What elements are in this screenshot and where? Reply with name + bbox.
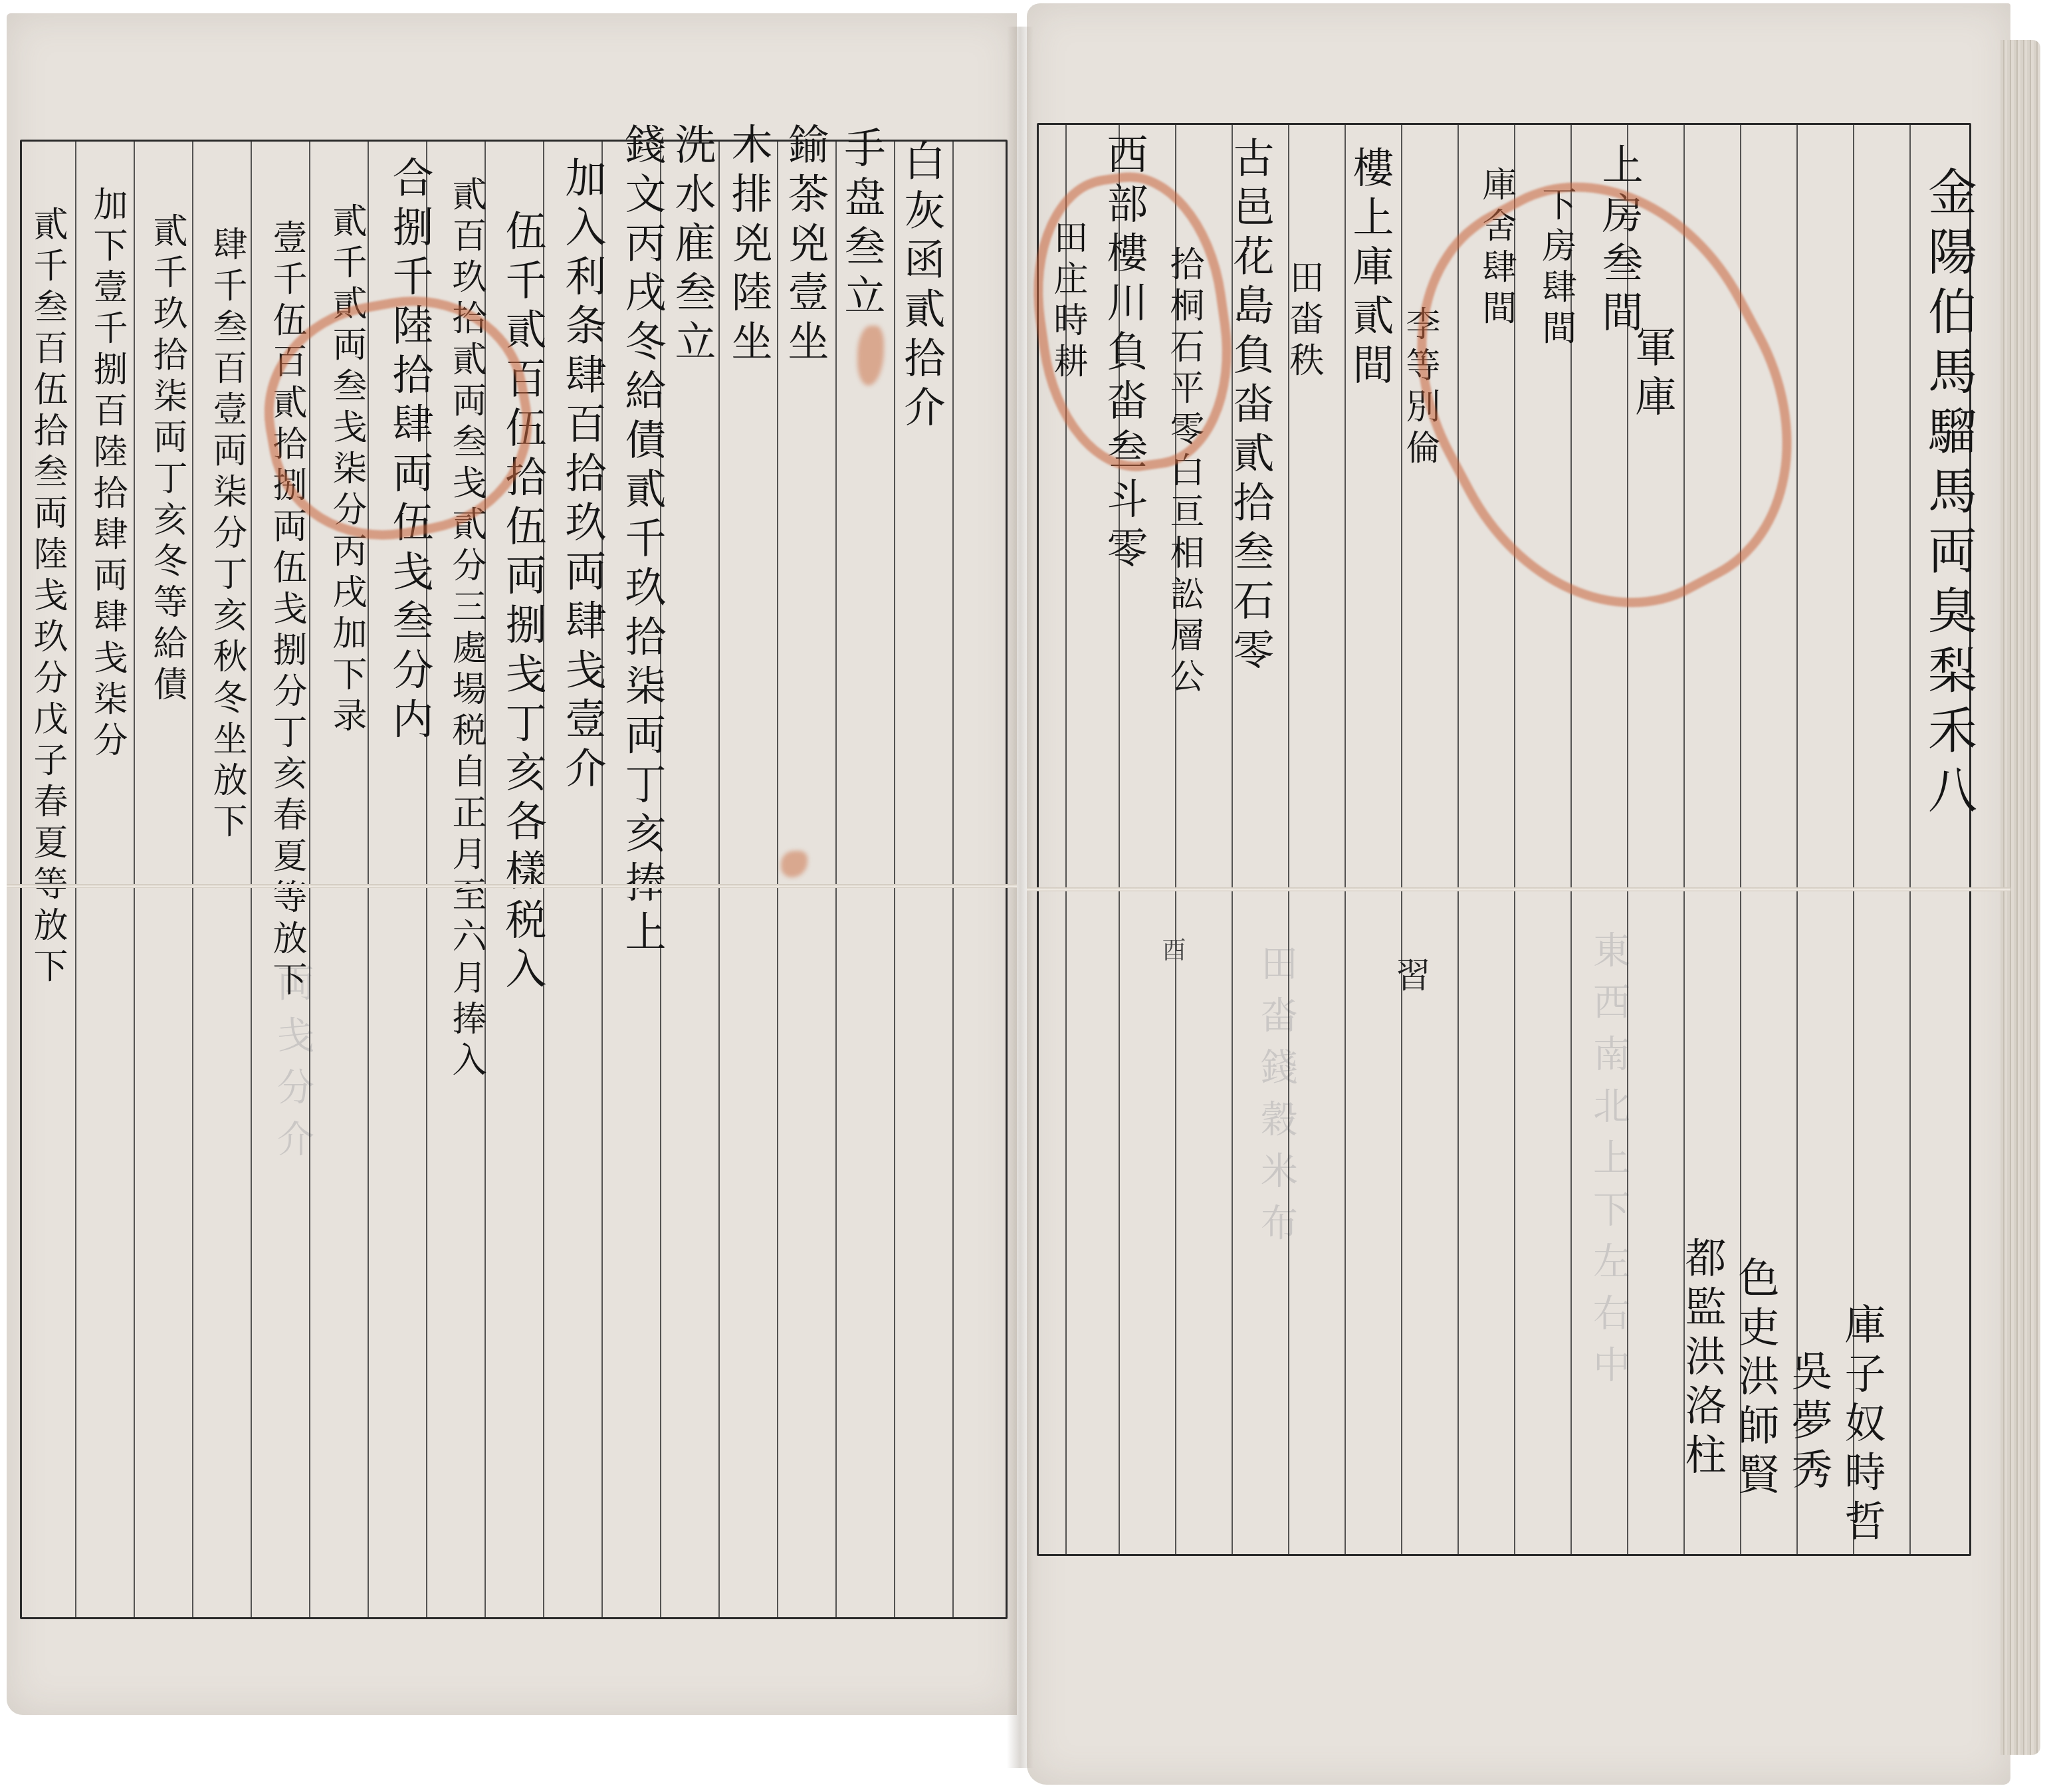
paper-fold [1027, 887, 2010, 891]
entry-washbasin: 洗水㢈叁立 [671, 123, 712, 369]
page-edges [2000, 40, 2040, 1755]
entry-wood-tray: 木排兇陸坐 [728, 123, 769, 369]
signature-storekeeper: 庫子奴時哲 [1841, 1303, 1882, 1549]
entry-interest: 加入利条肆百拾玖両肆戋壹介 [562, 156, 603, 796]
signature-supervisor: 都監洪洛柱 [1681, 1236, 1723, 1482]
entry-upstairs-store: 樓上庫貳間 [1349, 146, 1390, 392]
signature-clerk: 色吏洪師賢 [1735, 1256, 1776, 1502]
book-gutter [1007, 27, 1033, 1768]
entry-white-lime-box: 白灰函貳拾介 [901, 140, 942, 435]
entry-gueup-hwado: 古邑花島負畓貳拾叁石零 [1230, 136, 1271, 677]
entry-brass-tea: 鍮茶兇壹坐 [784, 123, 825, 369]
entry-tax-income: 伍千貳百伍拾伍両捌戋丁亥各樣税入 [502, 209, 543, 996]
entry-cash-loans: 錢文丙戌冬給債貳千玖拾柒両丁亥捧上 [621, 123, 663, 959]
paper-fold [7, 884, 1017, 888]
stray-mark: 酉 [1160, 937, 1184, 968]
stray-mark: 習 [1392, 957, 1427, 998]
signature-o-mongsu: 吳夢秀 [1788, 1349, 1829, 1497]
heading-fields: 田畓秩 [1286, 259, 1321, 383]
entry-autumn-winter-out: 肆千叁百壹両柒分丁亥秋冬坐放下 [209, 226, 244, 844]
entry-winter-loans: 貳千玖拾柒両丁亥冬等給債 [150, 213, 184, 707]
entry-hand-tray: 手盘叁立 [841, 126, 882, 323]
entry-next-spring-out: 貳千叁百伍拾叁両陸戋玖分戊子春夏等放下 [30, 206, 64, 989]
entry-deficit: 加下壹千捌百陸拾肆両肆戋柒分 [90, 186, 124, 763]
document-title: 金陽伯馬騮馬両臭梨禾八 [1924, 166, 1973, 824]
